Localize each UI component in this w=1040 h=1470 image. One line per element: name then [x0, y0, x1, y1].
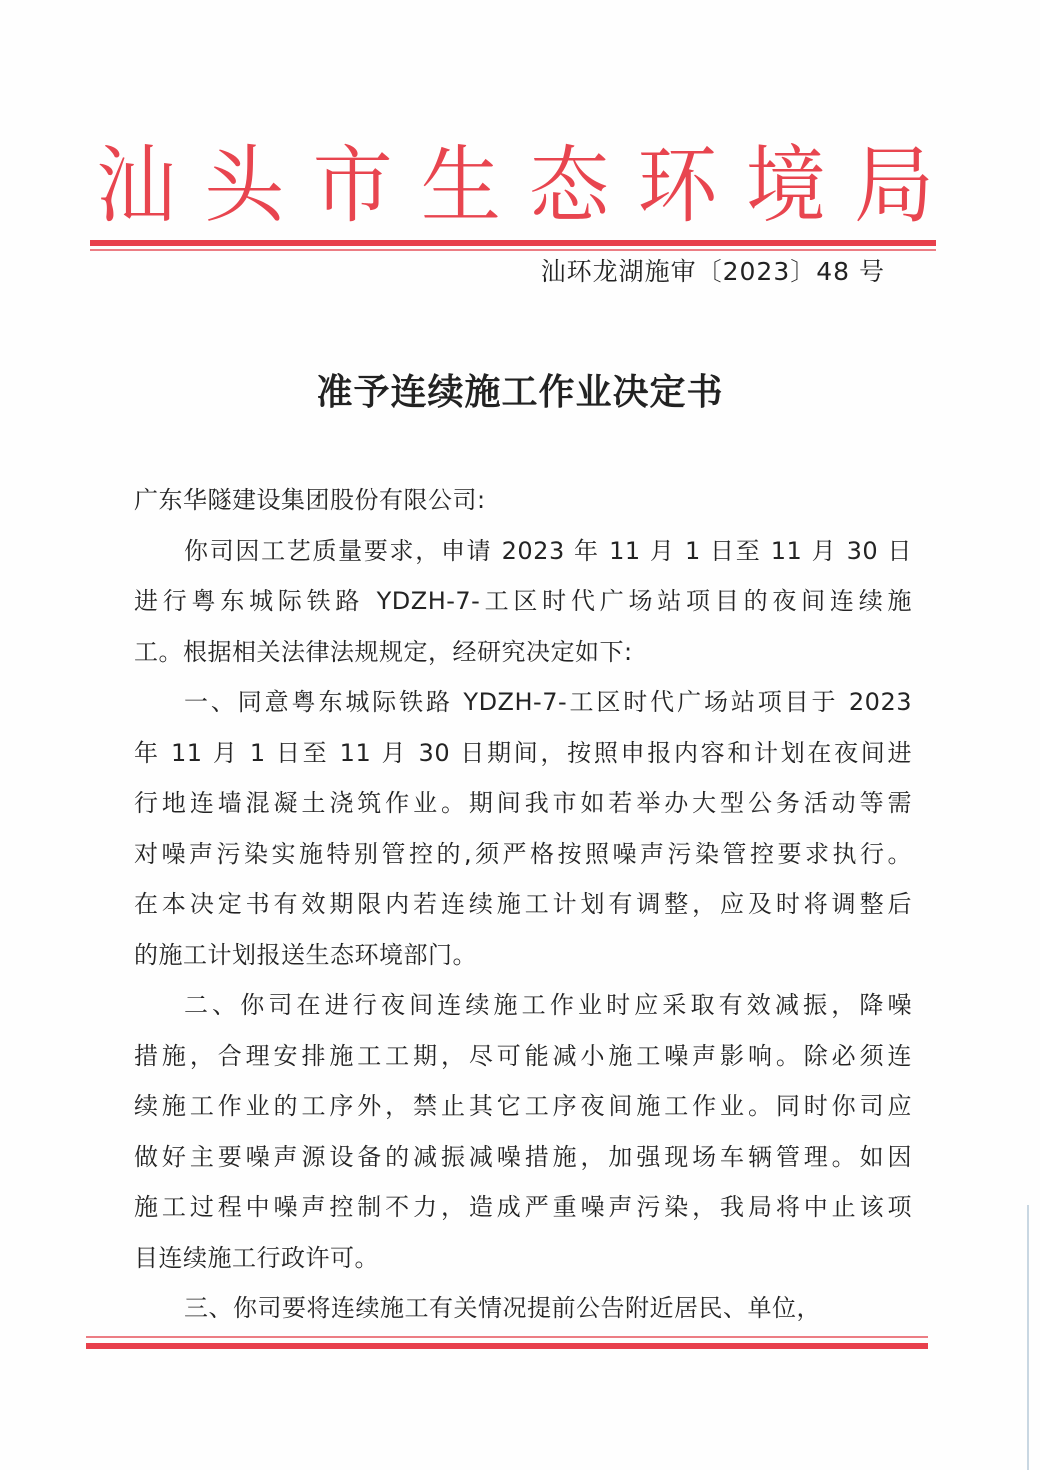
masthead-char: 头 [198, 138, 290, 235]
masthead-char: 态 [523, 138, 615, 235]
text-line: 目连续施工行政许可。 [134, 1233, 912, 1284]
header-red-rule-thick [90, 240, 936, 246]
masthead-char: 市 [307, 138, 399, 235]
text-line: 年 11 月 1 日至 11 月 30 日期间，按照申报内容和计划在夜间进 [134, 728, 912, 779]
text-line: 的施工计划报送生态环境部门。 [134, 930, 912, 981]
masthead-char: 境 [740, 138, 832, 235]
footer-red-rule-thick [86, 1343, 928, 1349]
text-line: 工。根据相关法律法规规定，经研究决定如下: [134, 627, 912, 678]
recipient: 广东华隧建设集团股份有限公司: [134, 475, 912, 526]
paragraph-intro: 你司因工艺质量要求，申请 2023 年 11 月 1 日至 11 月 30 日 … [134, 526, 912, 678]
text-line: 你司因工艺质量要求，申请 2023 年 11 月 1 日至 11 月 30 日 [134, 526, 912, 577]
scan-edge-line [1027, 1205, 1029, 1470]
text-line: 进行粤东城际铁路 YDZH-7-工区时代广场站项目的夜间连续施 [134, 576, 912, 627]
masthead-char: 环 [631, 138, 723, 235]
text-line: 施工过程中噪声控制不力，造成严重噪声污染，我局将中止该项 [134, 1182, 912, 1233]
paragraph-item-2: 二、你司在进行夜间连续施工作业时应采取有效减振，降噪 措施，合理安排施工工期，尽… [134, 980, 912, 1283]
paragraph-item-1: 一、同意粤东城际铁路 YDZH-7-工区时代广场站项目于 2023 年 11 月… [134, 677, 912, 980]
masthead-char: 汕 [90, 138, 182, 235]
document-number: 汕环龙湖施审〔2023〕48 号 [541, 252, 885, 288]
document-page: 汕 头 市 生 态 环 境 局 汕环龙湖施审〔2023〕48 号 准予连续施工作… [0, 0, 1040, 1470]
recipient-line: 广东华隧建设集团股份有限公司: [134, 475, 912, 526]
text-line: 对噪声污染实施特别管控的,须严格按照噪声污染管控要求执行。 [134, 829, 912, 880]
text-line: 在本决定书有效期限内若连续施工计划有调整，应及时将调整后 [134, 879, 912, 930]
text-line: 二、你司在进行夜间连续施工作业时应采取有效减振，降噪 [134, 980, 912, 1031]
footer-red-rule-thin [86, 1336, 928, 1338]
masthead-char: 生 [415, 138, 507, 235]
header-red-rule-thin [90, 249, 936, 251]
text-line: 行地连墙混凝土浇筑作业。期间我市如若举办大型公务活动等需 [134, 778, 912, 829]
text-line: 一、同意粤东城际铁路 YDZH-7-工区时代广场站项目于 2023 [134, 677, 912, 728]
text-line: 三、你司要将连续施工有关情况提前公告附近居民、单位， [134, 1283, 912, 1334]
text-line: 措施，合理安排施工工期，尽可能减小施工噪声影响。除必须连 [134, 1031, 912, 1082]
document-body: 广东华隧建设集团股份有限公司: 你司因工艺质量要求，申请 2023 年 11 月… [134, 475, 912, 1334]
text-line: 做好主要噪声源设备的减振减噪措施，加强现场车辆管理。如因 [134, 1132, 912, 1183]
document-title: 准予连续施工作业决定书 [0, 364, 1040, 415]
paragraph-item-3: 三、你司要将连续施工有关情况提前公告附近居民、单位， [134, 1283, 912, 1334]
agency-masthead: 汕 头 市 生 态 环 境 局 [90, 140, 940, 232]
masthead-char: 局 [848, 138, 940, 235]
text-line: 续施工作业的工序外，禁止其它工序夜间施工作业。同时你司应 [134, 1081, 912, 1132]
